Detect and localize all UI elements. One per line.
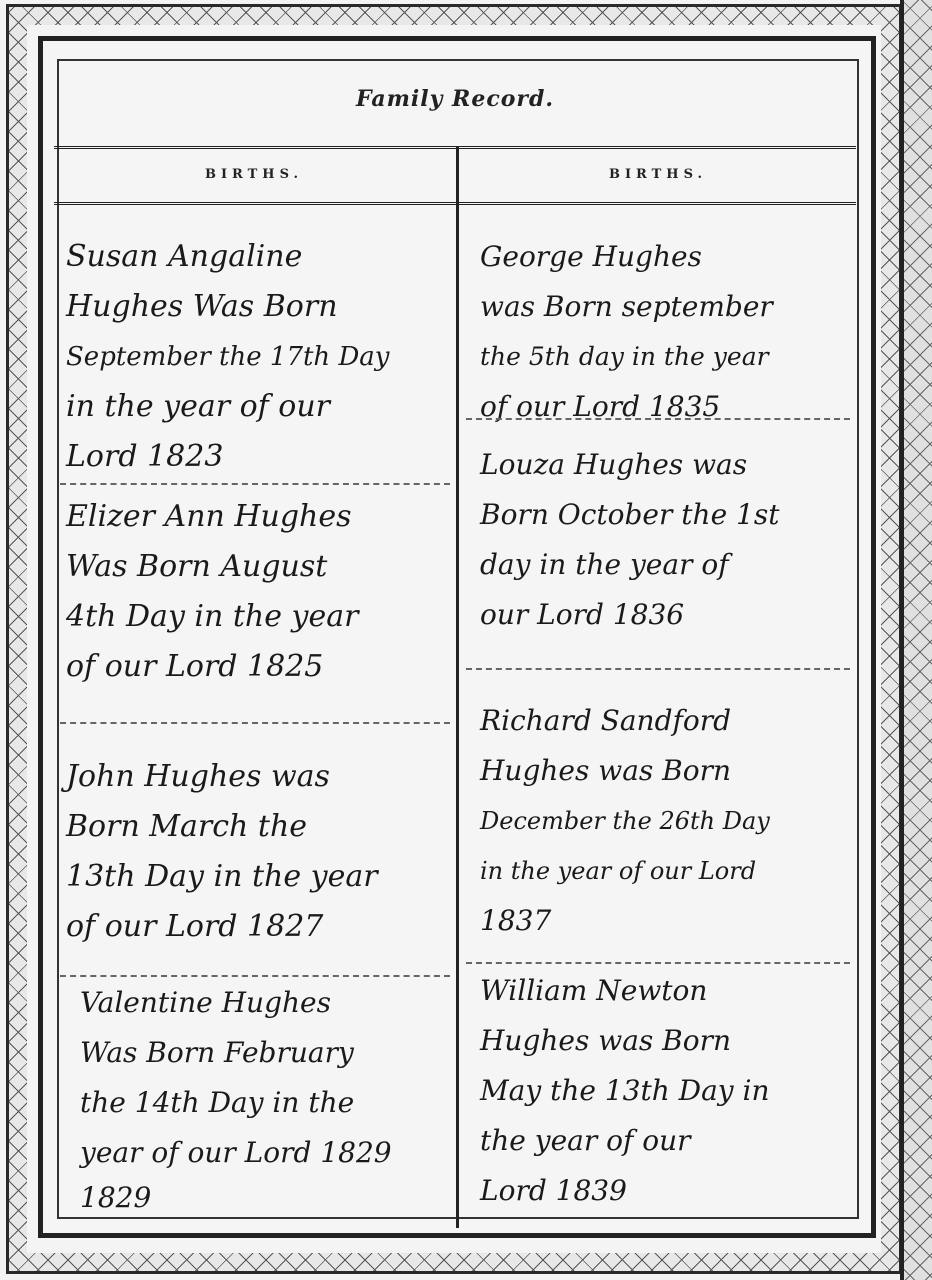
entry-line: Hughes was Born	[480, 1016, 770, 1066]
entry-line: William Newton	[480, 966, 770, 1016]
births-header-left: BIRTHS.	[54, 150, 454, 200]
entry-line: Susan Angaline	[66, 232, 389, 282]
entry-line: the year of our	[480, 1116, 770, 1166]
header-divider	[54, 202, 856, 205]
entry-line: in the year of our Lord	[480, 846, 770, 896]
birth-entry-richard: Richard Sandford Hughes was Born Decembe…	[480, 696, 770, 946]
entry-line: Richard Sandford	[480, 696, 770, 746]
entry-line: of our Lord 1835	[480, 382, 773, 432]
family-record-page: Family Record. BIRTHS. BIRTHS. Susan Ang…	[0, 0, 932, 1280]
entry-line: Elizer Ann Hughes	[66, 492, 358, 542]
entry-line: Hughes Was Born	[66, 282, 389, 332]
birth-entry-elizer: Elizer Ann Hughes Was Born August 4th Da…	[66, 492, 358, 692]
entry-line: in the year of our	[66, 382, 389, 432]
entry-line: was Born september	[480, 282, 773, 332]
entry-line: Hughes was Born	[480, 746, 770, 796]
page-title: Family Record.	[356, 86, 554, 112]
entry-separator	[60, 722, 450, 724]
birth-entry-susan: Susan Angaline Hughes Was Born September…	[66, 232, 389, 482]
entry-line: day in the year of	[480, 540, 779, 590]
title-divider	[54, 146, 856, 149]
entry-separator	[60, 975, 450, 977]
column-divider	[456, 146, 459, 1228]
entry-line: Born March the	[66, 802, 378, 852]
entry-line: 13th Day in the year	[66, 852, 378, 902]
entry-line: 4th Day in the year	[66, 592, 358, 642]
entry-line: Valentine Hughes	[80, 978, 392, 1028]
entry-line: May the 13th Day in	[480, 1066, 770, 1116]
entry-line: Lord 1839	[480, 1166, 770, 1216]
birth-entry-george: George Hughes was Born september the 5th…	[480, 232, 773, 432]
title-area: Family Record.	[54, 60, 856, 146]
birth-entry-john: John Hughes was Born March the 13th Day …	[66, 752, 378, 952]
entry-line: of our Lord 1825	[66, 642, 358, 692]
entry-line: 1837	[480, 896, 770, 946]
entry-line: Lord 1823	[66, 432, 389, 482]
birth-entry-louza: Louza Hughes was Born October the 1st da…	[480, 440, 779, 640]
entry-line: Was Born February	[80, 1028, 392, 1078]
entry-separator	[466, 962, 850, 964]
entry-line: our Lord 1836	[480, 590, 779, 640]
entry-line: of our Lord 1827	[66, 902, 378, 952]
entry-line: John Hughes was	[66, 752, 378, 802]
entry-line: December the 26th Day	[480, 796, 770, 846]
entry-line: Born October the 1st	[480, 490, 779, 540]
entry-separator	[60, 483, 450, 485]
entry-line: September the 17th Day	[66, 332, 389, 382]
entry-line: the 5th day in the year	[480, 332, 773, 382]
entry-line: year of our Lord 1829	[80, 1128, 392, 1178]
entry-line: Was Born August	[66, 542, 358, 592]
births-header-right: BIRTHS.	[460, 150, 856, 200]
entry-line: the 14th Day in the	[80, 1078, 392, 1128]
decorative-right-border	[900, 0, 932, 1280]
entry-line: 1829	[80, 1178, 392, 1218]
entry-line: Louza Hughes was	[480, 440, 779, 490]
entry-line: George Hughes	[480, 232, 773, 282]
entry-separator	[466, 418, 850, 420]
entry-separator	[466, 668, 850, 670]
birth-entry-william: William Newton Hughes was Born May the 1…	[480, 966, 770, 1216]
birth-entry-valentine: Valentine Hughes Was Born February the 1…	[80, 978, 392, 1218]
